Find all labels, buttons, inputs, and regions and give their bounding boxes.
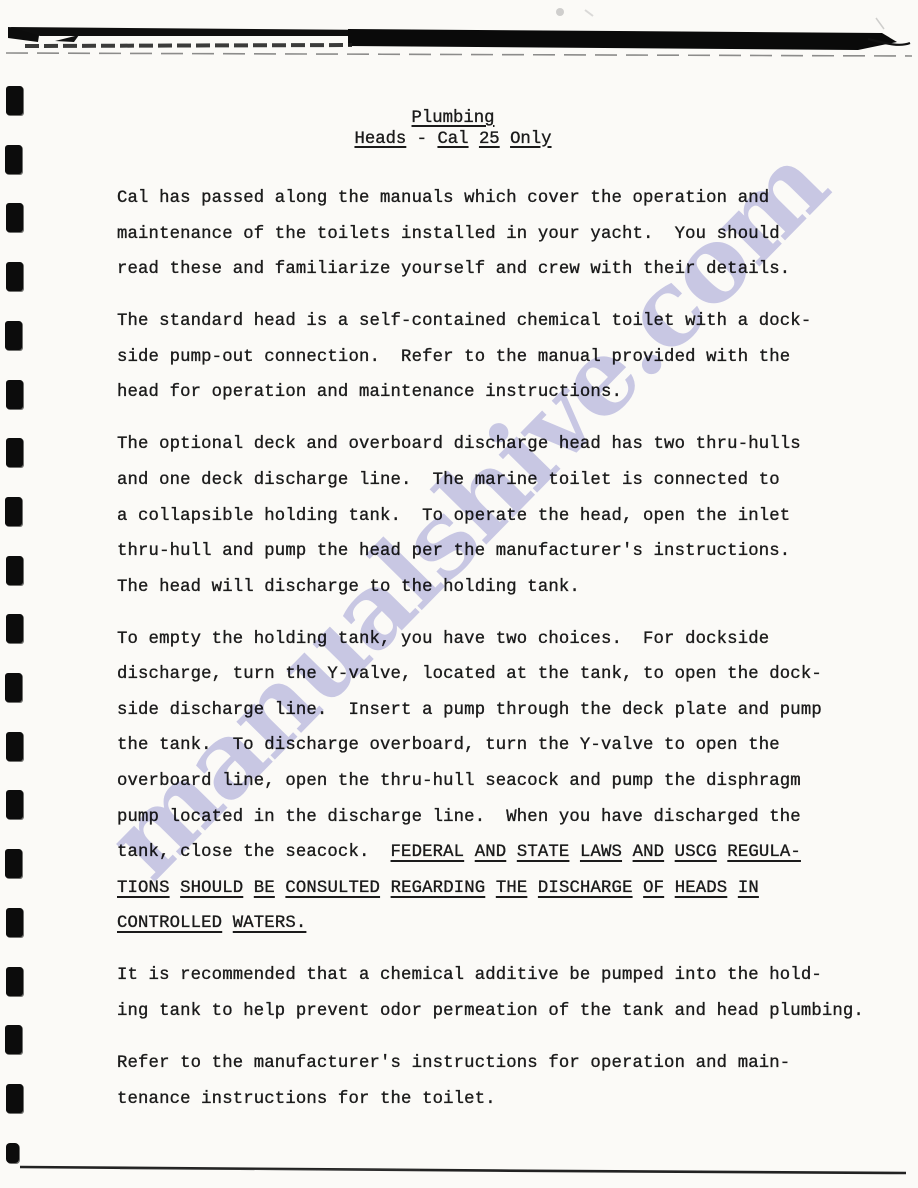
text-line: The head will discharge to the holding t…	[117, 570, 897, 606]
underlined-text: HEADS	[675, 879, 728, 898]
scan-streak-top	[0, 0, 918, 70]
text-segment	[569, 843, 580, 862]
paragraph: Cal has passed along the manuals which c…	[117, 181, 897, 288]
paragraph: To empty the holding tank, you have two …	[117, 622, 897, 942]
underlined-text: OF	[643, 879, 664, 898]
text-segment: The optional deck and overboard discharg…	[117, 435, 801, 454]
text-segment	[500, 130, 510, 149]
text-line: read these and familiarize yourself and …	[117, 252, 897, 288]
text-segment: and one deck discharge line. The marine …	[117, 471, 780, 490]
text-line: side discharge line. Insert a pump throu…	[117, 693, 897, 729]
paragraph: The optional deck and overboard discharg…	[117, 427, 897, 605]
underlined-text: IN	[738, 879, 759, 898]
underlined-text: FEDERAL	[391, 843, 465, 862]
underlined-text: REGULA-	[727, 843, 801, 862]
underlined-text: Heads	[354, 130, 406, 149]
text-segment: side discharge line. Insert a pump throu…	[117, 701, 822, 720]
paragraph: The standard head is a self-contained ch…	[117, 304, 897, 411]
text-segment: the tank. To discharge overboard, turn t…	[117, 736, 780, 755]
text-line: pump located in the discharge line. When…	[117, 800, 897, 836]
binding-hole	[6, 380, 23, 409]
binding-hole	[5, 1025, 22, 1054]
text-line: CONTROLLED WATERS.	[117, 906, 897, 942]
underlined-text: REGARDING	[391, 879, 486, 898]
text-segment: tenance instructions for the toilet.	[117, 1090, 496, 1109]
binding-hole	[6, 556, 23, 585]
text-segment: discharge, turn the Y-valve, located at …	[117, 665, 822, 684]
text-segment	[622, 843, 633, 862]
text-segment	[243, 879, 254, 898]
scan-speck	[556, 8, 564, 16]
text-segment	[170, 879, 181, 898]
scan-streak-bottom	[0, 1156, 918, 1182]
text-line: overboard line, open the thru-hull seaco…	[117, 764, 897, 800]
text-segment: head for operation and maintenance instr…	[117, 383, 622, 402]
text-line: maintenance of the toilets installed in …	[117, 217, 897, 253]
binding-hole	[6, 908, 23, 937]
page-title: PlumbingHeads - Cal 25 Only	[0, 109, 912, 150]
binding-hole	[6, 732, 23, 761]
underlined-text: BE	[254, 879, 275, 898]
underlined-text: TIONS	[117, 879, 170, 898]
text-line: The standard head is a self-contained ch…	[117, 304, 897, 340]
text-line: The optional deck and overboard discharg…	[117, 427, 897, 463]
text-segment: overboard line, open the thru-hull seaco…	[117, 772, 801, 791]
text-segment	[222, 914, 233, 933]
title-line: Plumbing	[0, 109, 912, 130]
text-segment: Cal has passed along the manuals which c…	[117, 189, 769, 208]
binding-hole	[6, 790, 23, 819]
text-segment	[485, 879, 496, 898]
text-line: TIONS SHOULD BE CONSULTED REGARDING THE …	[117, 871, 897, 907]
text-segment: a collapsible holding tank. To operate t…	[117, 507, 790, 526]
text-segment	[275, 879, 286, 898]
underlined-text: Only	[510, 130, 551, 149]
underlined-text: CONTROLLED	[117, 914, 222, 933]
binding-hole	[6, 967, 23, 996]
binding-hole	[6, 1084, 23, 1113]
text-line: discharge, turn the Y-valve, located at …	[117, 657, 897, 693]
underlined-text: WATERS.	[233, 914, 307, 933]
text-line: side pump-out connection. Refer to the m…	[117, 340, 897, 376]
document-body: Cal has passed along the manuals which c…	[117, 181, 897, 1134]
underlined-text: LAWS	[580, 843, 622, 862]
text-line: ing tank to help prevent odor permeation…	[117, 994, 897, 1030]
underlined-text: AND	[475, 843, 507, 862]
text-segment: pump located in the discharge line. When…	[117, 808, 801, 827]
text-line: and one deck discharge line. The marine …	[117, 463, 897, 499]
title-line: Heads - Cal 25 Only	[0, 130, 912, 151]
text-segment	[664, 879, 675, 898]
text-segment	[527, 879, 538, 898]
text-line: a collapsible holding tank. To operate t…	[117, 499, 897, 535]
text-segment	[633, 879, 644, 898]
text-line: Cal has passed along the manuals which c…	[117, 181, 897, 217]
text-line: To empty the holding tank, you have two …	[117, 622, 897, 658]
underlined-text: AND	[633, 843, 665, 862]
text-segment	[380, 879, 391, 898]
text-segment: The standard head is a self-contained ch…	[117, 312, 811, 331]
binding-hole	[6, 614, 23, 643]
underlined-text: THE	[496, 879, 528, 898]
binding-hole	[5, 497, 22, 526]
text-segment	[464, 843, 475, 862]
paragraph: It is recommended that a chemical additi…	[117, 958, 897, 1029]
paragraph: Refer to the manufacturer's instructions…	[117, 1046, 897, 1117]
text-segment	[717, 843, 728, 862]
text-line: head for operation and maintenance instr…	[117, 375, 897, 411]
text-segment: tank, close the seacock.	[117, 843, 391, 862]
text-segment: It is recommended that a chemical additi…	[117, 966, 822, 985]
text-segment: -	[406, 130, 437, 149]
text-line: the tank. To discharge overboard, turn t…	[117, 728, 897, 764]
text-segment	[664, 843, 675, 862]
text-segment	[506, 843, 517, 862]
binding-hole	[5, 673, 22, 702]
text-segment: thru-hull and pump the head per the manu…	[117, 542, 790, 561]
underlined-text: CONSULTED	[285, 879, 380, 898]
text-segment: The head will discharge to the holding t…	[117, 578, 580, 597]
underlined-text: STATE	[517, 843, 570, 862]
binding-hole	[5, 321, 22, 350]
text-line: Refer to the manufacturer's instructions…	[117, 1046, 897, 1082]
underlined-text: Plumbing	[412, 109, 495, 128]
text-segment	[727, 879, 738, 898]
text-line: It is recommended that a chemical additi…	[117, 958, 897, 994]
text-segment: Refer to the manufacturer's instructions…	[117, 1054, 790, 1073]
underlined-text: Cal	[437, 130, 468, 149]
underlined-text: SHOULD	[180, 879, 243, 898]
text-segment	[469, 130, 479, 149]
scanned-page: PlumbingHeads - Cal 25 Only Cal has pass…	[0, 0, 918, 1188]
text-segment: read these and familiarize yourself and …	[117, 260, 790, 279]
text-line: thru-hull and pump the head per the manu…	[117, 534, 897, 570]
binding-hole	[6, 262, 23, 291]
underlined-text: DISCHARGE	[538, 879, 633, 898]
text-segment: maintenance of the toilets installed in …	[117, 225, 780, 244]
text-line: tank, close the seacock. FEDERAL AND STA…	[117, 835, 897, 871]
text-segment: ing tank to help prevent odor permeation…	[117, 1002, 864, 1021]
binding-hole	[5, 849, 22, 878]
binding-hole	[6, 203, 23, 232]
underlined-text: USCG	[675, 843, 717, 862]
text-segment: side pump-out connection. Refer to the m…	[117, 348, 790, 367]
text-segment: To empty the holding tank, you have two …	[117, 630, 769, 649]
text-line: tenance instructions for the toilet.	[117, 1082, 897, 1118]
binding-hole	[6, 438, 23, 467]
underlined-text: 25	[479, 130, 500, 149]
